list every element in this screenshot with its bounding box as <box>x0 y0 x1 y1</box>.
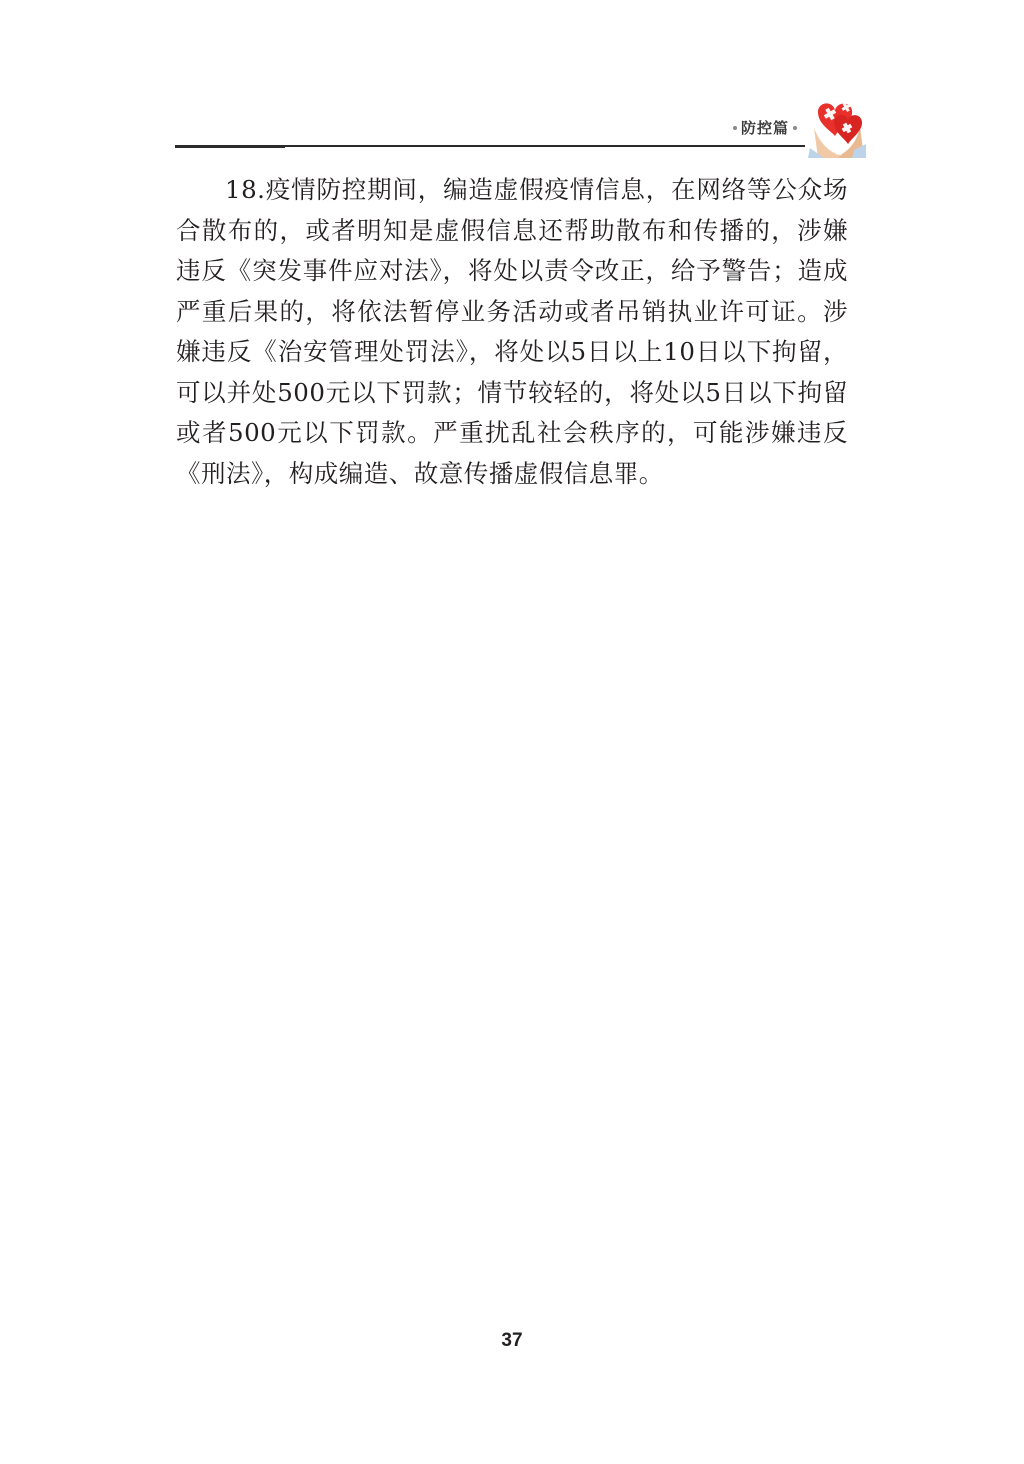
bullet-dot-right <box>793 126 797 130</box>
bullet-dot-left <box>733 126 737 130</box>
section-title: 防控篇 <box>733 117 797 138</box>
heart-hands-icon <box>808 98 866 158</box>
body-paragraph: 18.疫情防控期间，编造虚假疫情信息，在网络等公众场合散布的，或者明知是虚假信息… <box>176 170 848 494</box>
header-rule <box>175 145 805 147</box>
section-title-text: 防控篇 <box>741 117 789 138</box>
page-number: 37 <box>0 1330 1024 1352</box>
